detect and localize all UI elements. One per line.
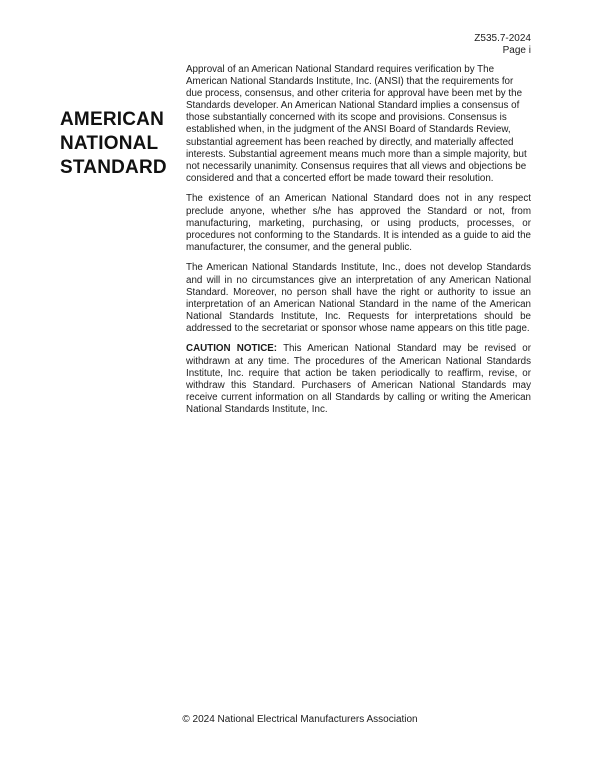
standard-banner-title: AMERICAN NATIONAL STANDARD — [60, 108, 186, 180]
doc-number: Z535.7-2024 — [474, 33, 531, 45]
paragraph-existence: The existence of an American National St… — [186, 193, 531, 253]
caution-notice-label: CAUTION NOTICE: — [186, 343, 277, 354]
copyright-notice: © 2024 National Electrical Manufacturers… — [182, 714, 417, 725]
body-text-column: Approval of an American National Standar… — [186, 64, 531, 425]
paragraph-interpretation: The American National Standards Institut… — [186, 262, 531, 335]
banner-line-american: AMERICAN — [60, 108, 186, 132]
banner-line-standard: STANDARD — [60, 156, 186, 180]
banner-line-national: NATIONAL — [60, 132, 186, 156]
document-page: Z535.7-2024 Page i AMERICAN NATIONAL STA… — [0, 0, 600, 776]
page-header: Z535.7-2024 Page i — [474, 33, 531, 57]
paragraph-approval: Approval of an American National Standar… — [186, 64, 531, 185]
paragraph-caution-notice: CAUTION NOTICE: This American National S… — [186, 343, 531, 416]
page-number: Page i — [474, 45, 531, 57]
page-footer: © 2024 National Electrical Manufacturers… — [0, 714, 600, 726]
